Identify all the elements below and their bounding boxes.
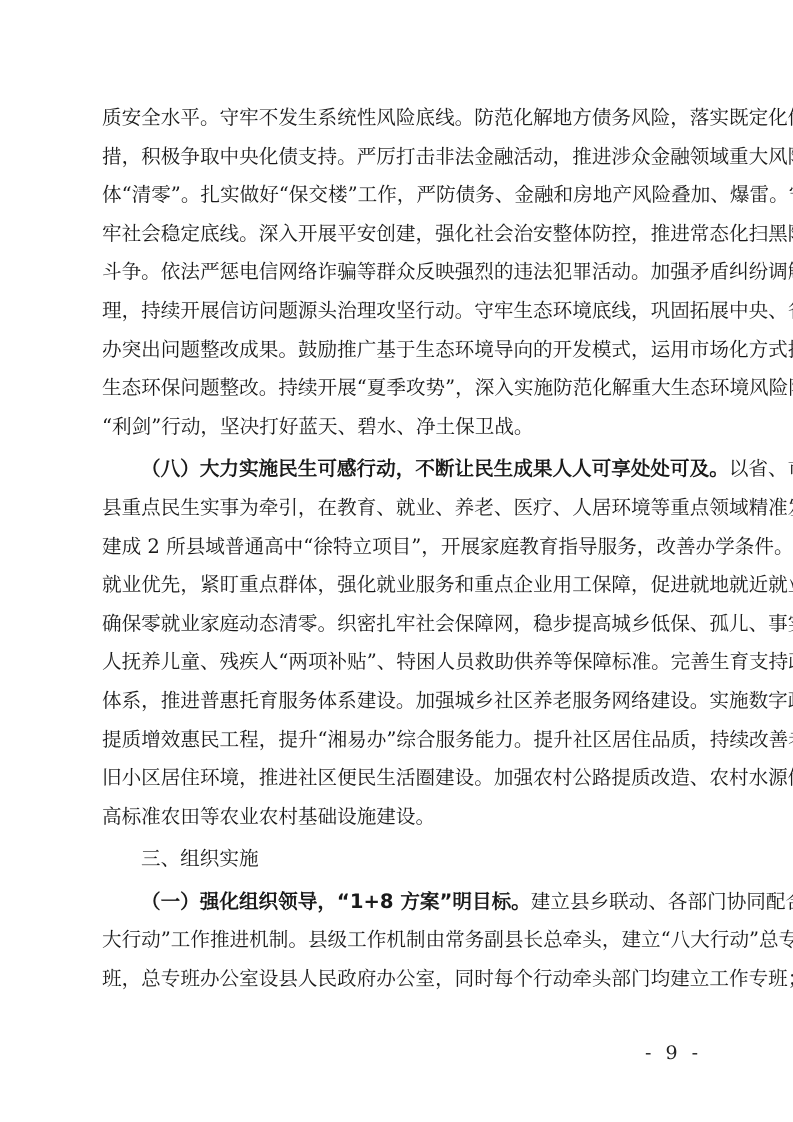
paragraph-heading: （八）大力实施民生可感行动，不断让民生成果人人可享处处可及。 bbox=[141, 457, 729, 480]
text-line: 体系，推进普惠托育服务体系建设。加强城乡社区养老服务网络建设。实施数字政务 bbox=[102, 682, 703, 721]
text-run: 以省、市、 bbox=[729, 457, 793, 480]
text-line: 建成 2 所县域普通高中“徐特立项目”，开展家庭教育指导服务，改善办学条件。突出 bbox=[102, 528, 703, 567]
text-line: 人抚养儿童、残疾人“两项补贴”、特困人员救助供养等保障标准。完善生育支持政策 bbox=[102, 643, 703, 682]
paragraph-heading: （一）强化组织领导，“1+8 方案”明目标。 bbox=[141, 890, 531, 913]
text-line: 大行动”工作推进机制。县级工作机制由常务副县长总牵头，建立“八大行动”总专 bbox=[102, 921, 703, 960]
page-number: - 9 - bbox=[645, 1042, 702, 1064]
text-line: 县重点民生实事为牵引，在教育、就业、养老、医疗、人居环境等重点领域精准发力。 bbox=[102, 489, 703, 528]
text-line: 措，积极争取中央化债支持。严厉打击非法金融活动，推进涉众金融领域重大风险主 bbox=[102, 138, 703, 177]
paragraph-risk-bottom-lines: 质安全水平。守牢不发生系统性风险底线。防范化解地方债务风险，落实既定化债举 措，… bbox=[102, 99, 703, 446]
text-line: 办突出问题整改成果。鼓励推广基于生态环境导向的开发模式，运用市场化方式推动 bbox=[102, 331, 703, 370]
text-line: 就业优先，紧盯重点群体，强化就业服务和重点企业用工保障，促进就地就近就业， bbox=[102, 566, 703, 605]
text-line: 斗争。依法严惩电信网络诈骗等群众反映强烈的违法犯罪活动。加强矛盾纠纷调解处 bbox=[102, 253, 703, 292]
text-run: 建立县乡联动、各部门协同配合的“八 bbox=[531, 890, 793, 913]
text-line: 班，总专班办公室设县人民政府办公室，同时每个行动牵头部门均建立工作专班；在 bbox=[102, 960, 703, 999]
text-line: 提质增效惠民工程，提升“湘易办”综合服务能力。提升社区居住品质，持续改善老 bbox=[102, 721, 703, 760]
document-page: 质安全水平。守牢不发生系统性风险底线。防范化解地方债务风险，落实既定化债举 措，… bbox=[102, 99, 703, 999]
section-title: 三、组织实施 bbox=[102, 840, 703, 879]
paragraph-first-line: （一）强化组织领导，“1+8 方案”明目标。建立县乡联动、各部门协同配合的“八 bbox=[102, 883, 703, 922]
text-line: 旧小区居住环境，推进社区便民生活圈建设。加强农村公路提质改造、农村水源保障、 bbox=[102, 759, 703, 798]
text-line: 高标准农田等农业农村基础设施建设。 bbox=[102, 798, 703, 837]
text-line: 体“清零”。扎实做好“保交楼”工作，严防债务、金融和房地产风险叠加、爆雷。守 bbox=[102, 176, 703, 215]
paragraph-organization-leadership: （一）强化组织领导，“1+8 方案”明目标。建立县乡联动、各部门协同配合的“八 … bbox=[102, 883, 703, 999]
text-line: 理，持续开展信访问题源头治理攻坚行动。守牢生态环境底线，巩固拓展中央、省交 bbox=[102, 292, 703, 331]
paragraph-first-line: （八）大力实施民生可感行动，不断让民生成果人人可享处处可及。以省、市、 bbox=[102, 450, 703, 489]
text-line: 牢社会稳定底线。深入开展平安创建，强化社会治安整体防控，推进常态化扫黑除恶 bbox=[102, 215, 703, 254]
text-line: “利剑”行动，坚决打好蓝天、碧水、净土保卫战。 bbox=[102, 408, 703, 447]
text-line: 生态环保问题整改。持续开展“夏季攻势”，深入实施防范化解重大生态环境风险隐患 bbox=[102, 369, 703, 408]
paragraph-livelihood-action: （八）大力实施民生可感行动，不断让民生成果人人可享处处可及。以省、市、 县重点民… bbox=[102, 450, 703, 836]
text-line: 确保零就业家庭动态清零。织密扎牢社会保障网，稳步提高城乡低保、孤儿、事实无 bbox=[102, 605, 703, 644]
text-line: 质安全水平。守牢不发生系统性风险底线。防范化解地方债务风险，落实既定化债举 bbox=[102, 99, 703, 138]
